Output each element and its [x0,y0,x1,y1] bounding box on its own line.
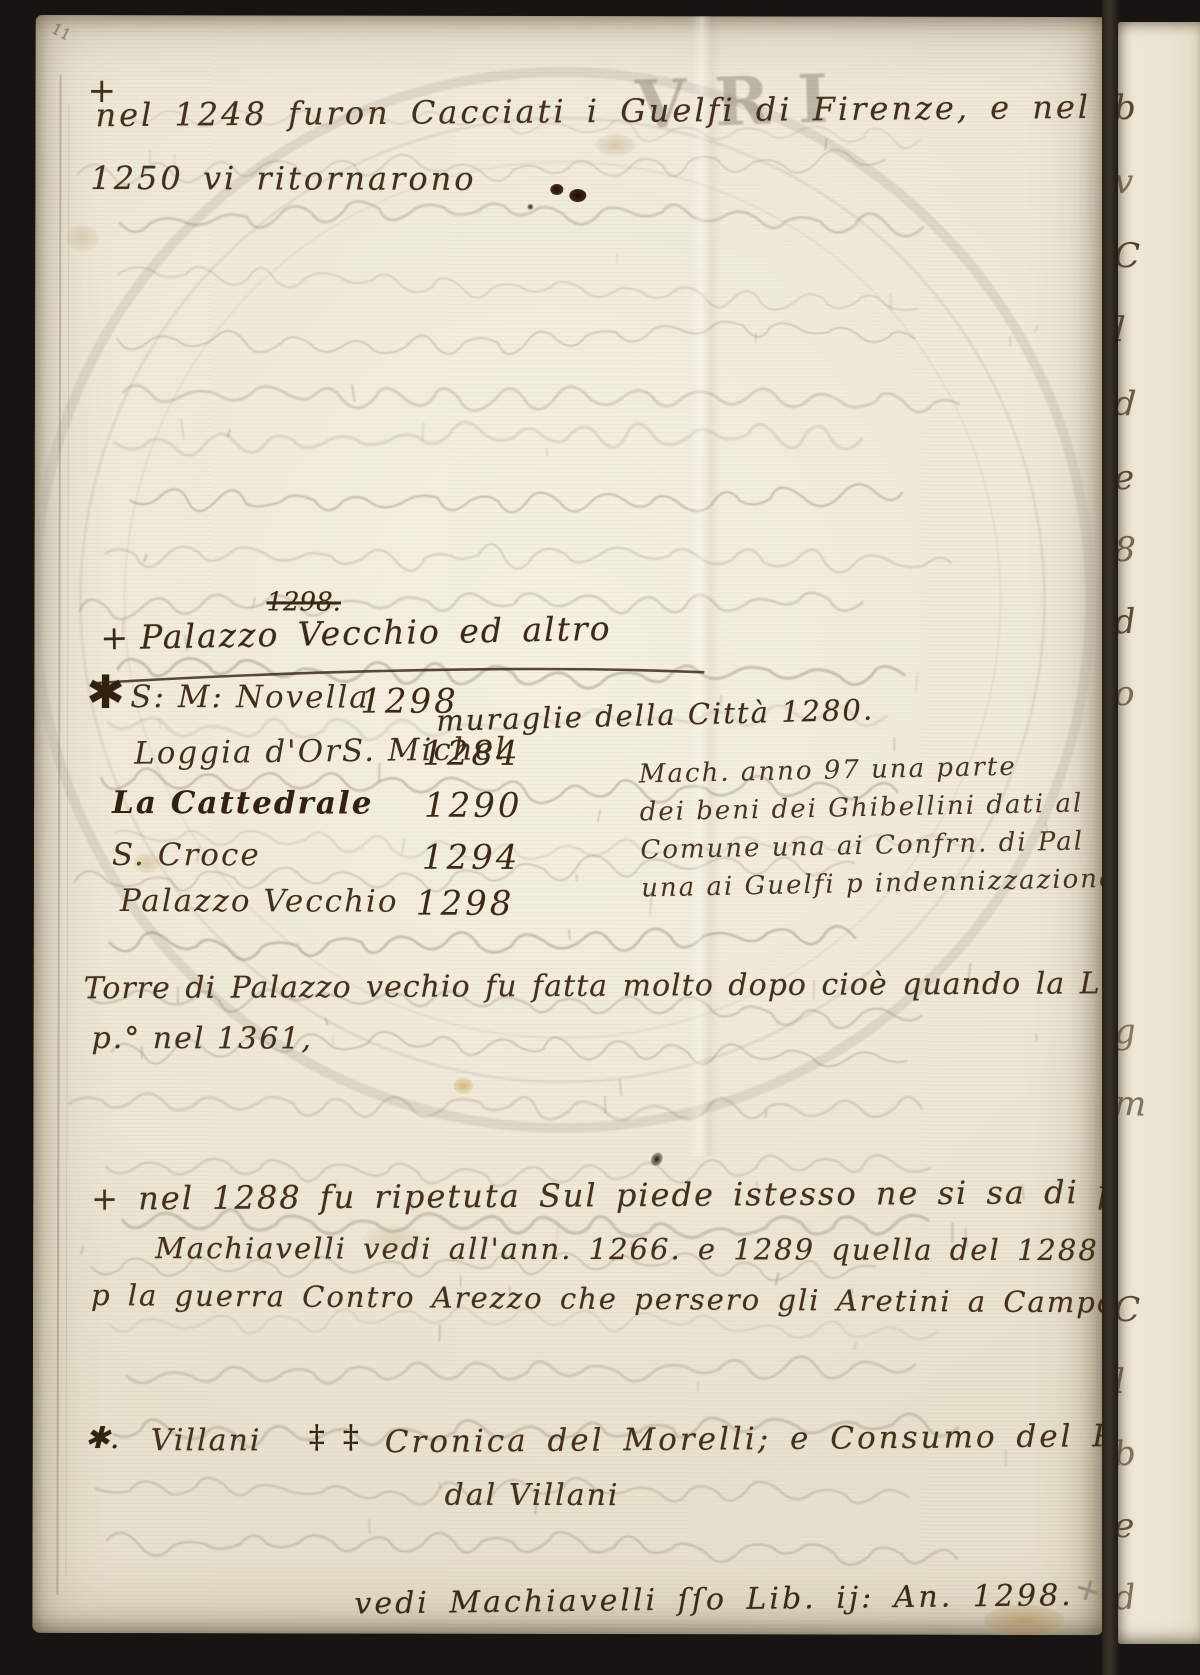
next-page-letter-fragment: d [1118,602,1137,643]
asterisk-mark-icon: ✱ [86,665,125,719]
next-page-letter-fragment: e [1118,458,1135,498]
building-year: 1284 [422,734,521,774]
torre-note-line1: Torre di Palazzo vechio fu fatta molto d… [84,965,1106,1006]
torre-note-line2: p.° nel 1361, [92,1021,313,1056]
next-page-letter-fragment: v [1118,162,1134,202]
note-1288-line2: Machiavelli vedi all'ann. 1266. e 1289 q… [155,1231,1106,1267]
cross-mark-icon: + [91,1180,120,1218]
building-year: 1294 [422,838,521,878]
building-name: Palazzo Vecchio [120,883,399,920]
note-1248-line2: 1250 vi ritornarono [90,159,476,198]
villani-note-line1: Cronica del Morelli; e Consumo del Pane … [385,1417,1106,1461]
next-page-letter-fragment: g [1118,1012,1137,1053]
note-1288-line1: + nel 1288 fu ripetuta Sul piede istesso… [91,1173,1106,1218]
next-page-letter-fragment: C [1118,1290,1140,1330]
ink-blot [527,204,533,210]
ink-blot [550,184,563,195]
asterisk-mark-icon: ✱. [85,1421,120,1456]
ink-blot [569,189,586,202]
next-page-letter-fragment: e [1118,1506,1135,1547]
double-cross-mark-icon: ‡ ‡ [309,1417,363,1455]
next-page-letter-fragment: b [1118,1433,1137,1474]
next-page-letter-fragment: d [1118,383,1137,424]
next-page-letter-fragment: 8 [1118,530,1137,571]
next-page-letter-fragment: d [1118,1577,1137,1618]
next-page-letter-fragment: C [1118,236,1140,276]
villani-note-line2: dal Villani [445,1478,620,1513]
next-page-edge: bvClde8dogmClbed [1118,22,1200,1644]
crossed-out-year: 1298. [266,587,341,617]
next-page-letter-fragment: m [1118,1083,1147,1124]
building-name: S: M: Novella [130,679,370,716]
building-year: 1298 [416,884,515,924]
next-page-letter-fragment: b [1118,88,1136,129]
next-page-letter-fragment: o [1118,674,1135,714]
next-page-letter-fragment: l [1118,310,1126,351]
building-year: 1290 [424,786,523,826]
note-1288-text1: nel 1288 fu ripetuta Sul piede istesso n… [138,1173,1106,1218]
villani-label: Villani [151,1423,262,1458]
next-page-letter-fragment: l [1118,1362,1125,1402]
building-name: La Cattedrale [112,785,373,822]
building-name: S. Croce [112,837,261,873]
scanned-manuscript: VRI 11 + nel 1248 furon Cacciati i Guelf… [0,0,1200,1675]
manuscript-page: VRI 11 + nel 1248 furon Cacciati i Guelf… [32,15,1105,1635]
machiavelli-side-note: Mach. anno 97 una parte dei beni dei Ghi… [638,746,1105,908]
